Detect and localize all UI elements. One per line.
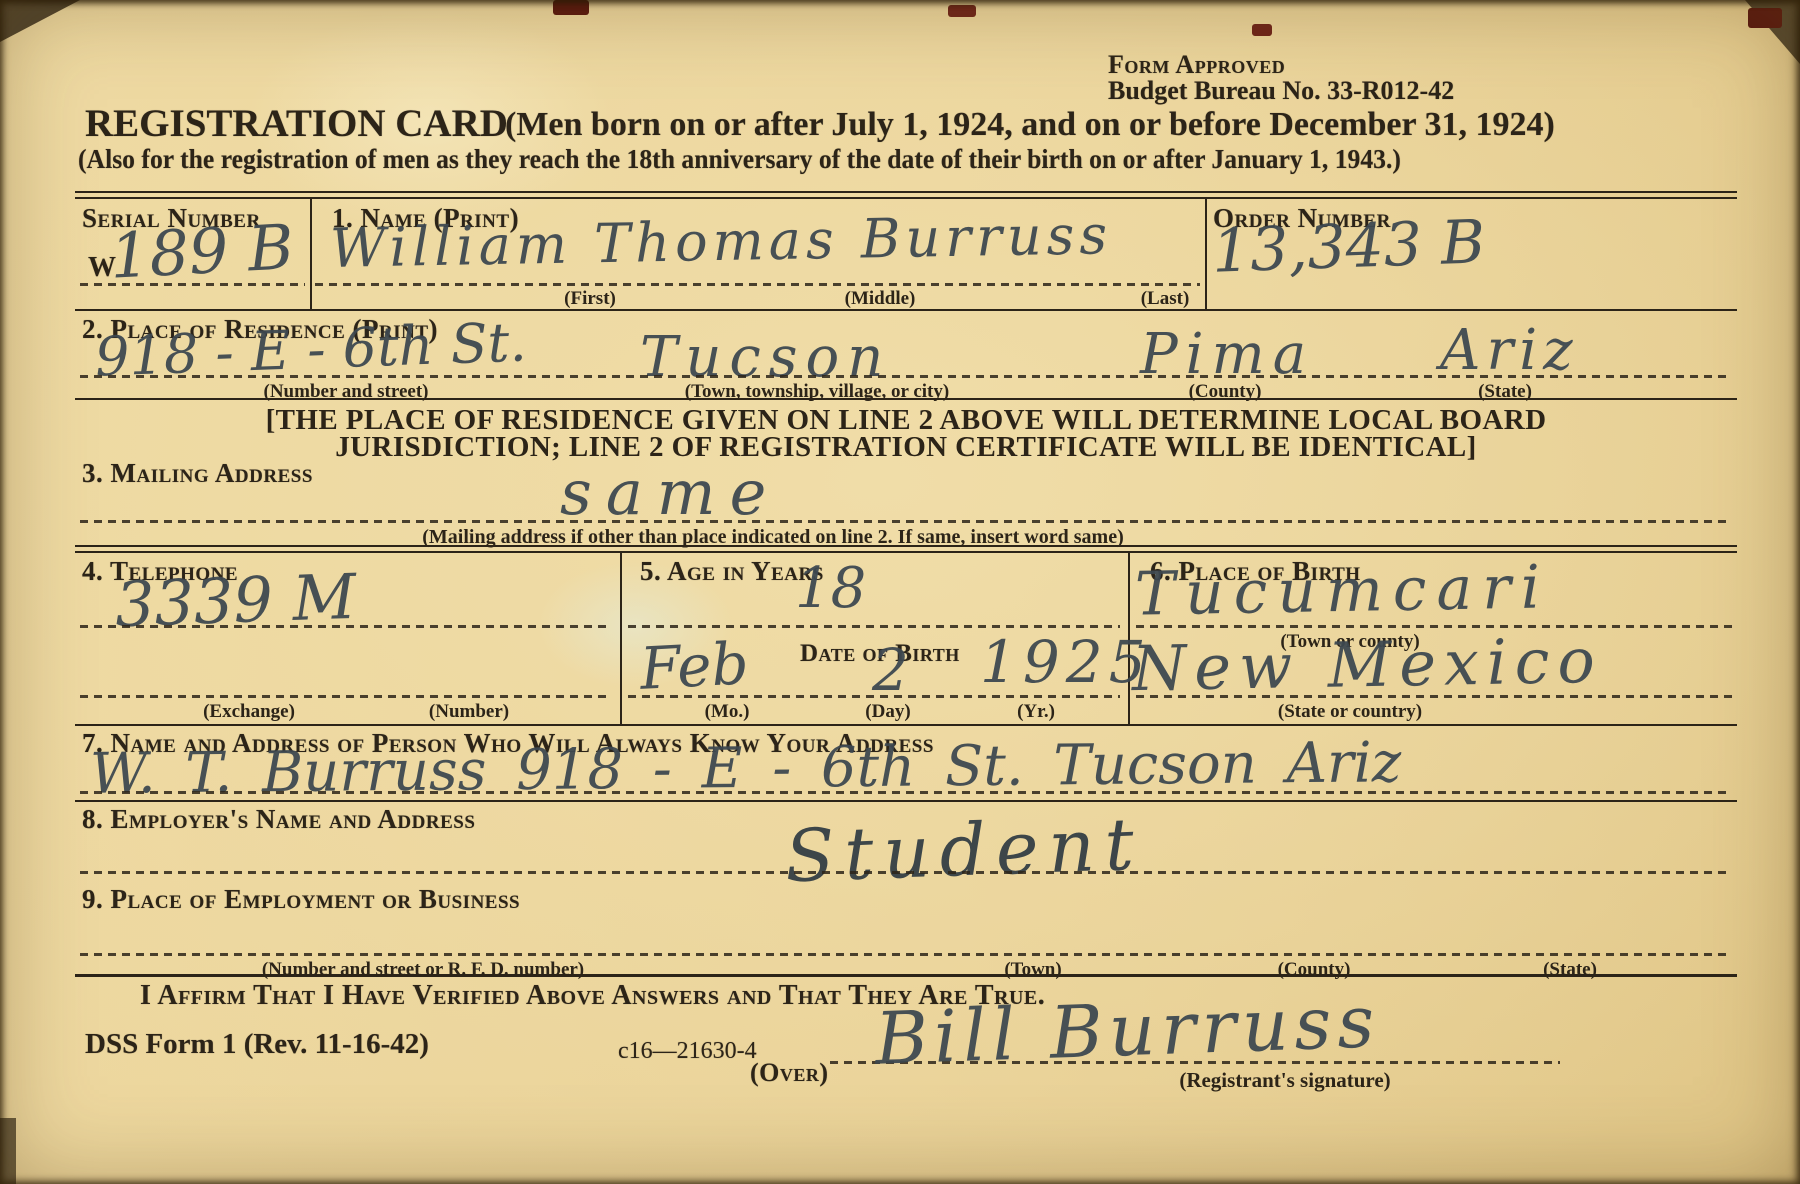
age-value: 18	[795, 556, 866, 621]
name-sub-last: (Last)	[1141, 288, 1190, 310]
employment-sub-street: (Number and street or R. F. D. number)	[262, 959, 584, 981]
divider	[75, 724, 1737, 726]
page-title: REGISTRATION CARD	[85, 101, 508, 146]
scan-artifact	[948, 5, 976, 17]
divider	[75, 191, 1737, 193]
write-line	[80, 871, 1732, 874]
write-line	[80, 791, 1732, 794]
scan-artifact	[0, 1118, 16, 1184]
birthplace-state-value: New Mexico	[1131, 624, 1603, 705]
employment-sub-state: (State)	[1543, 959, 1597, 981]
write-line	[80, 695, 612, 698]
dob-sub-year: (Yr.)	[1017, 701, 1055, 723]
scan-artifact	[0, 0, 80, 42]
name-sub-middle: (Middle)	[845, 288, 916, 310]
jurisdiction-notice-line2: JURISDICTION; LINE 2 OF REGISTRATION CER…	[75, 431, 1737, 464]
telephone-sub-number: (Number)	[429, 701, 509, 723]
print-code: c16—21630-4	[618, 1038, 757, 1065]
write-line	[80, 625, 612, 628]
contact-value: W. T. Burruss 918 - E - 6th St. Tucson A…	[90, 730, 1402, 806]
employment-sub-town: (Town)	[1004, 959, 1061, 981]
dob-year-value: 1925	[980, 628, 1152, 696]
scan-artifact	[553, 0, 589, 15]
write-line	[80, 283, 305, 286]
divider	[75, 800, 1737, 802]
telephone-value: 3339 M	[114, 560, 357, 641]
employment-sub-county: (County)	[1278, 959, 1351, 981]
dob-month-value: Feb	[638, 629, 750, 703]
write-line	[315, 283, 1200, 286]
birthplace-sub-state: (State or country)	[1278, 701, 1422, 723]
employment-label: 9. Place of Employment or Business	[82, 884, 520, 915]
signature-sublabel: (Registrant's signature)	[1179, 1068, 1390, 1093]
registration-card-scan: Form Approved Budget Bureau No. 33-R012-…	[0, 0, 1800, 1184]
write-line	[628, 695, 1120, 698]
name-value: William Thomas Burruss	[330, 203, 1113, 280]
dob-day-value: 2	[872, 636, 909, 704]
divider	[620, 553, 622, 724]
serial-number-value: 189 B	[108, 210, 295, 293]
write-line	[1136, 695, 1732, 698]
employer-label: 8. Employer's Name and Address	[82, 804, 475, 835]
write-line	[80, 953, 1732, 956]
divider	[1205, 199, 1207, 309]
scan-artifact	[1252, 24, 1272, 36]
scan-artifact	[1748, 8, 1782, 28]
write-line	[80, 520, 1732, 523]
form-id: DSS Form 1 (Rev. 11-16-42)	[85, 1028, 429, 1061]
divider	[75, 974, 1737, 977]
form-approved-line2: Budget Bureau No. 33-R012-42	[1108, 76, 1454, 106]
telephone-sub-exchange: (Exchange)	[203, 701, 295, 723]
registrant-signature: Bill Burruss	[874, 979, 1382, 1081]
divider	[310, 199, 312, 309]
over-label: (Over)	[750, 1058, 829, 1088]
divider	[75, 545, 1737, 547]
dob-sub-day: (Day)	[865, 701, 910, 723]
residence-state-value: Ariz	[1440, 318, 1579, 383]
title-note: (Men born on or after July 1, 1924, and …	[505, 106, 1555, 144]
subtitle: (Also for the registration of men as the…	[78, 144, 1401, 175]
order-number-value: 13,343 B	[1211, 207, 1486, 286]
divider	[75, 398, 1737, 400]
write-line	[80, 375, 1732, 378]
birthplace-town-value: Tucumcari	[1134, 552, 1550, 629]
mailing-address-value: same	[560, 456, 780, 529]
divider	[75, 309, 1737, 311]
name-sub-first: (First)	[564, 288, 616, 310]
employer-value: Student	[784, 802, 1145, 898]
divider	[75, 197, 1737, 199]
mailing-address-label: 3. Mailing Address	[82, 458, 313, 489]
dob-sub-month: (Mo.)	[705, 701, 750, 723]
